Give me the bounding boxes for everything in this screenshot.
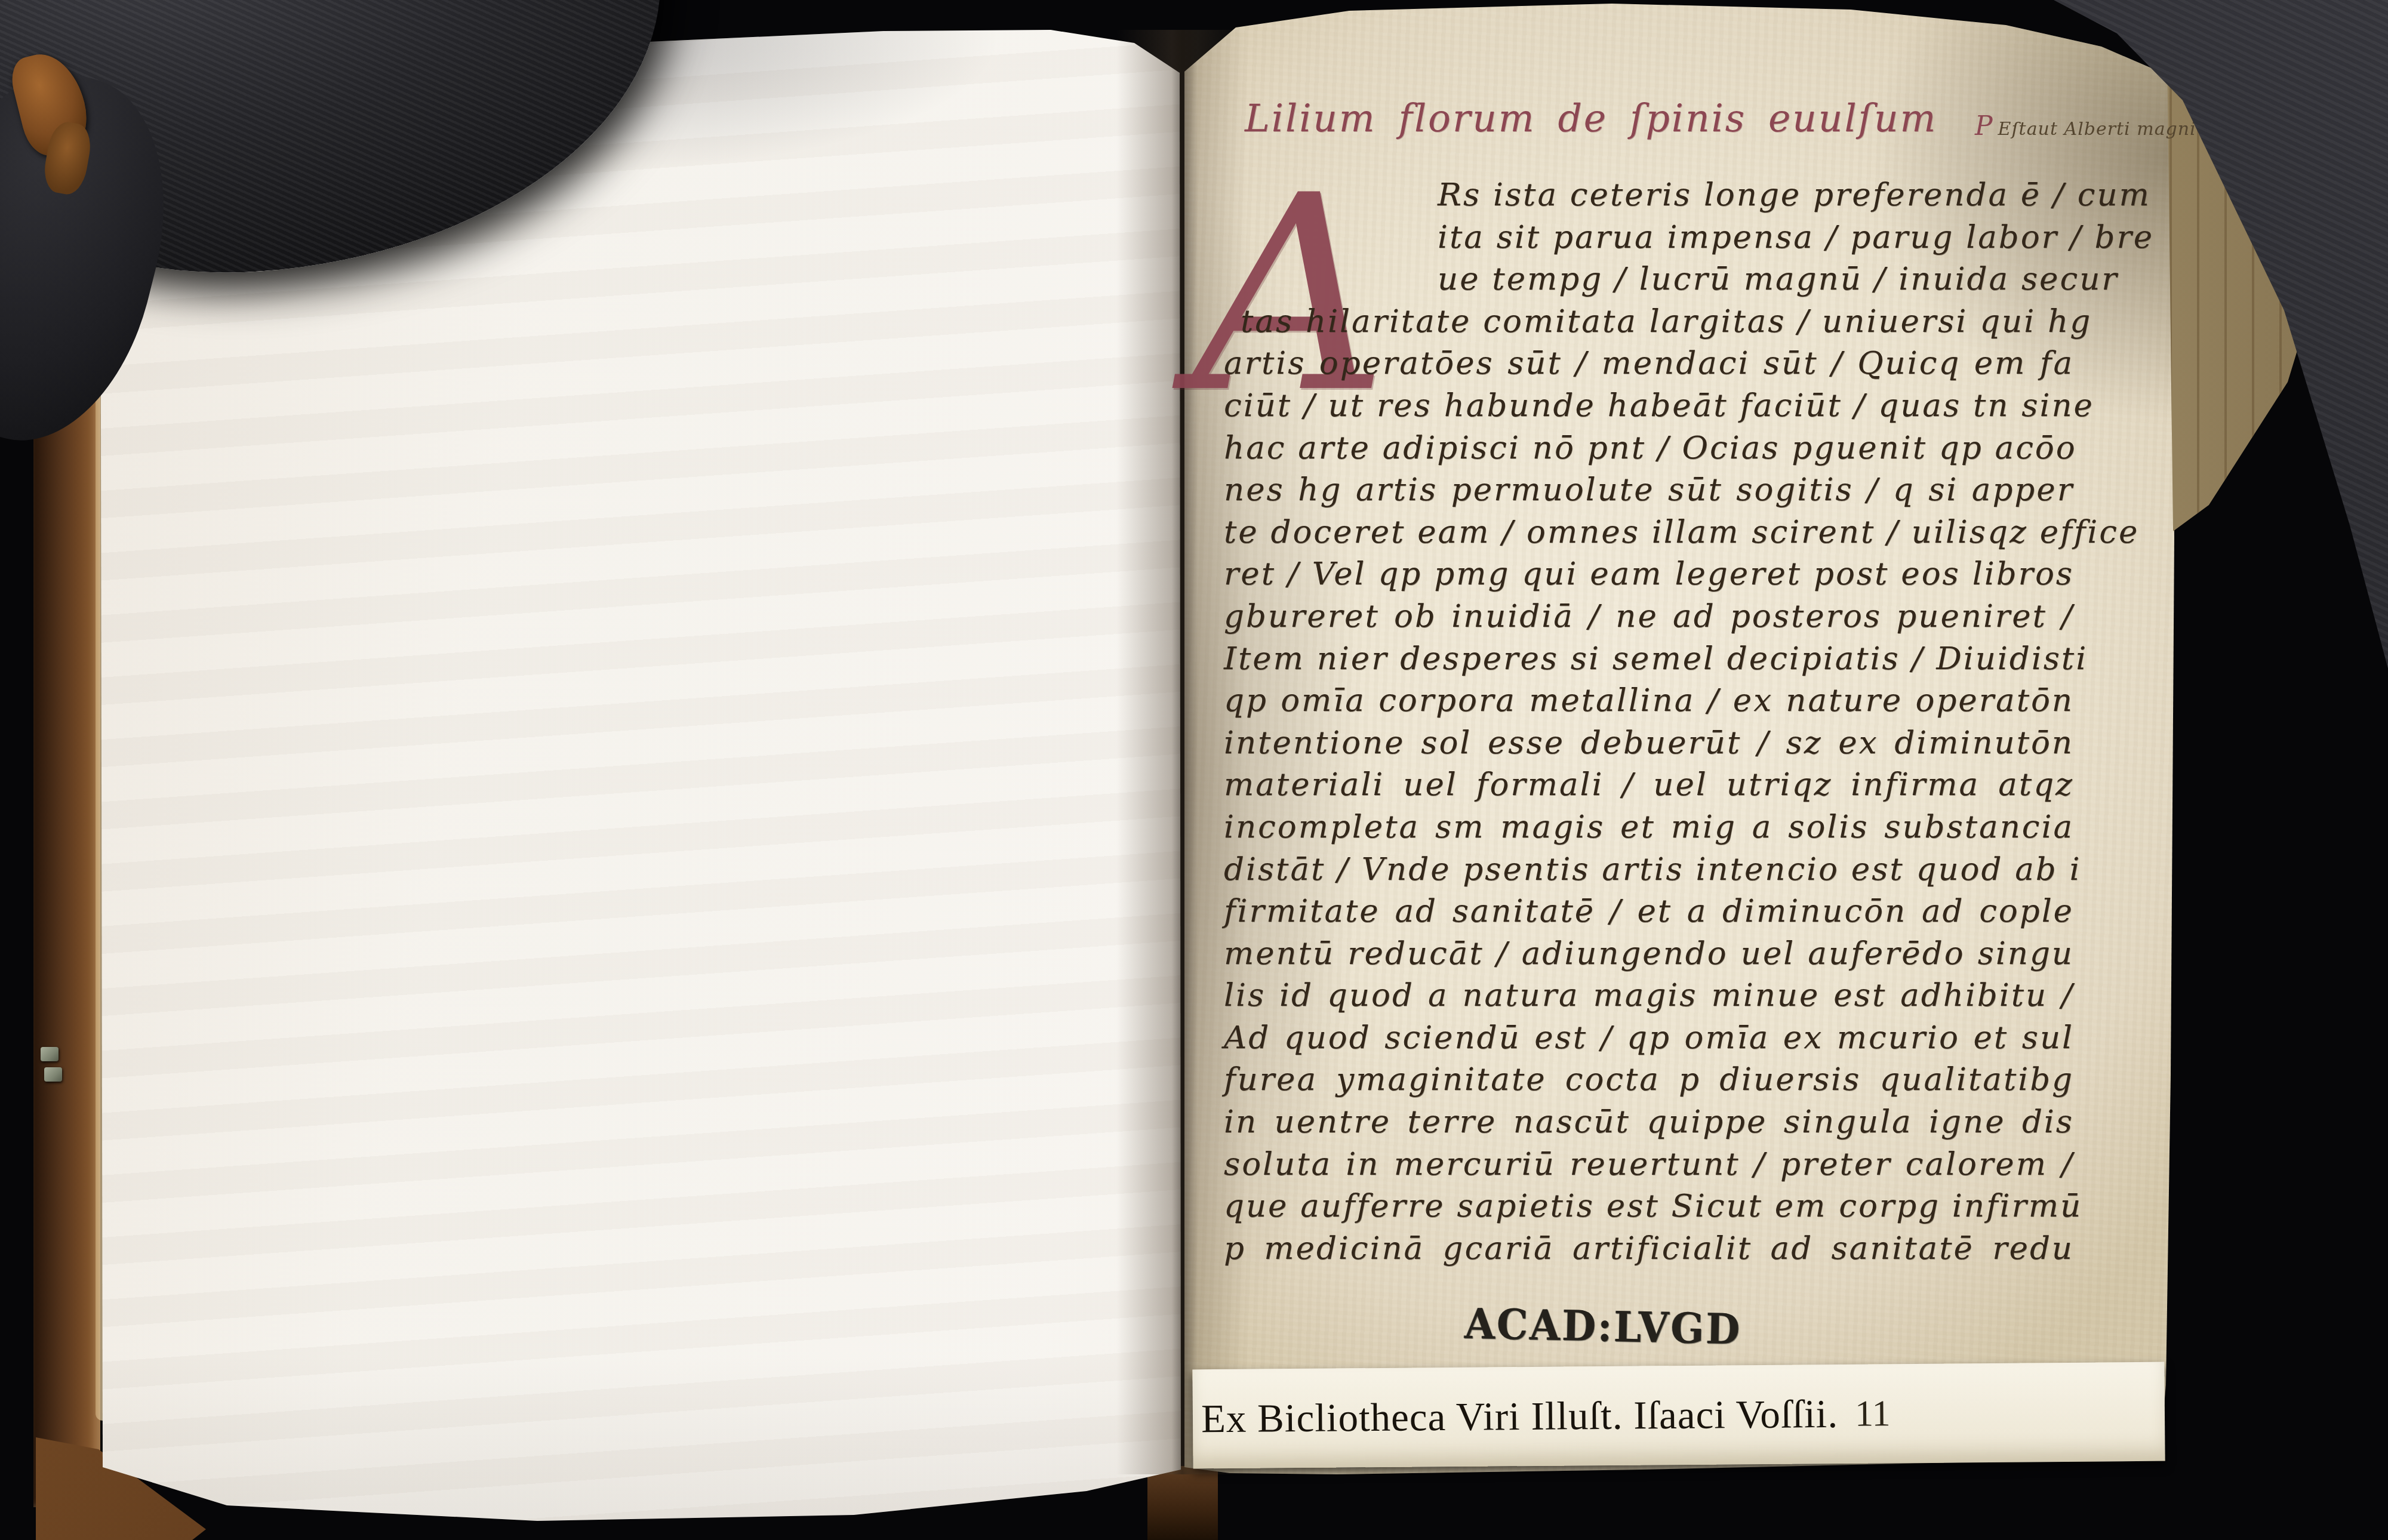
manuscript-line: Ad quod sciendū est / qp omīa ex mcurio …	[1224, 1020, 2074, 1062]
clasp-stud-lower	[44, 1067, 62, 1082]
library-stamp: ACAD:LVGD	[1464, 1299, 1712, 1354]
ownership-label-text: Ex Bicliotheca Viri Illuſt. Iſaaci Voſſi…	[1201, 1391, 1839, 1442]
manuscript-line: gbureret ob inuidiā / ne ad posteros pue…	[1224, 598, 2074, 640]
title-annotation: PEſtaut Alberti magni	[1975, 111, 2196, 141]
manuscript-line: ita sit parua impensa / parug labor / br…	[1224, 219, 2074, 261]
manuscript-line: ret / Vel qp pmg qui eam legeret post eo…	[1224, 556, 2074, 598]
paraph-mark: P	[1975, 111, 1993, 141]
manuscript-line: incompleta sm magis et mig a solis subst…	[1224, 809, 2074, 851]
manuscript-text-block: Rs ista ceteris longe preferenda ē / cum…	[1224, 177, 2074, 1272]
manuscript-line: ciūt / ut res habunde habeāt faciūt / qu…	[1224, 387, 2074, 430]
binding-batten-bottom	[1147, 1466, 1218, 1540]
manuscript-line: Item nier desperes si semel decipiatis /…	[1224, 640, 2074, 683]
manuscript-line: materiali uel formali / uel utriqz infir…	[1224, 766, 2074, 809]
ownership-label: Ex Bicliotheca Viri Illuſt. Iſaaci Voſſi…	[1192, 1362, 2165, 1469]
manuscript-line: intentione sol esse debuerūt / sz ex dim…	[1224, 725, 2074, 767]
manuscript-line: Rs ista ceteris longe preferenda ē / cum	[1224, 177, 2074, 219]
manuscript-line: mentū reducāt / adiungendo uel auferēdo …	[1224, 935, 2074, 978]
clasp-stud-upper	[41, 1047, 59, 1061]
manuscript-line: furea ymaginitate cocta p diuersis quali…	[1224, 1061, 2074, 1104]
manuscript-line: ue tempg / lucrū magnū / inuida secur	[1224, 261, 2074, 303]
ownership-label-number: 11	[1855, 1393, 1891, 1435]
manuscript-line: te doceret eam / omnes illam scirent / u…	[1224, 514, 2074, 556]
manuscript-line: que aufferre sapietis est Sicut em corpg…	[1224, 1188, 2074, 1230]
manuscript-line: hac arte adipisci nō pnt / Ocias pguenit…	[1224, 430, 2074, 472]
manuscript-line: lis id quod a natura magis minue est adh…	[1224, 977, 2074, 1020]
manuscript-title: Lilium florum de ſpinis euulſum	[1245, 97, 1997, 140]
manuscript-line: soluta in mercuriū reuertunt / preter ca…	[1224, 1146, 2074, 1188]
manuscript-line: in uentre terre nascūt quippe singula ig…	[1224, 1104, 2074, 1146]
manuscript-photo: Lilium florum de ſpinis euulſum PEſtaut …	[0, 0, 2388, 1540]
title-annotation-text: Eſtaut Alberti magni	[1998, 119, 2196, 140]
manuscript-line: tas hilaritate comitata largitas / uniue…	[1224, 303, 2074, 346]
manuscript-line: firmitate ad sanitatē / et a diminucōn a…	[1224, 893, 2074, 935]
manuscript-line: distāt / Vnde psentis artis intencio est…	[1224, 851, 2074, 894]
manuscript-line: p medicinā gcariā artificialit ad sanita…	[1224, 1230, 2074, 1273]
manuscript-line: nes hg artis permuolute sūt sogitis / q …	[1224, 472, 2074, 514]
manuscript-line: artis operatōes sūt / mendaci sūt / Quic…	[1224, 345, 2074, 387]
manuscript-line: qp omīa corpora metallina / ex nature op…	[1224, 682, 2074, 725]
